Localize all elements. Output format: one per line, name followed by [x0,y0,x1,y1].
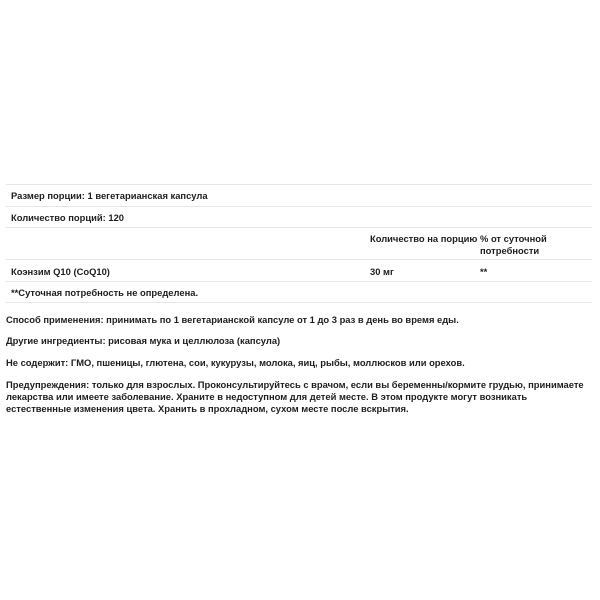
table-header-row: Количество на порцию % от суточной потре… [6,227,592,259]
footnote: **Суточная потребность не определена. [6,287,198,299]
ingredient-daily-value: ** [480,266,592,278]
free-of-paragraph: Не содержит: ГМО, пшеницы, глютена, сои,… [6,357,592,369]
header-amount: Количество на порцию [370,233,480,245]
servings-count-row: Количество порций: 120 [6,206,592,227]
warnings-paragraph: Предупреждения: только для взрослых. Про… [6,379,592,415]
ingredient-amount: 30 мг [370,266,480,278]
usage-paragraph: Способ применения: принимать по 1 вегета… [6,314,592,326]
serving-size: Размер порции: 1 вегетарианская капсула [6,190,208,202]
footnote-row: **Суточная потребность не определена. [6,281,592,303]
ingredient-name: Коэнзим Q10 (CoQ10) [6,266,370,278]
servings-per-container: Количество порций: 120 [6,212,124,224]
serving-size-row: Размер порции: 1 вегетарианская капсула [6,184,592,206]
supplement-facts-table: Размер порции: 1 вегетарианская капсула … [6,184,592,303]
header-daily-value: % от суточной потребности [480,233,592,257]
table-row: Коэнзим Q10 (CoQ10) 30 мг ** [6,259,592,281]
other-ingredients-paragraph: Другие ингредиенты: рисовая мука и целлю… [6,335,592,347]
